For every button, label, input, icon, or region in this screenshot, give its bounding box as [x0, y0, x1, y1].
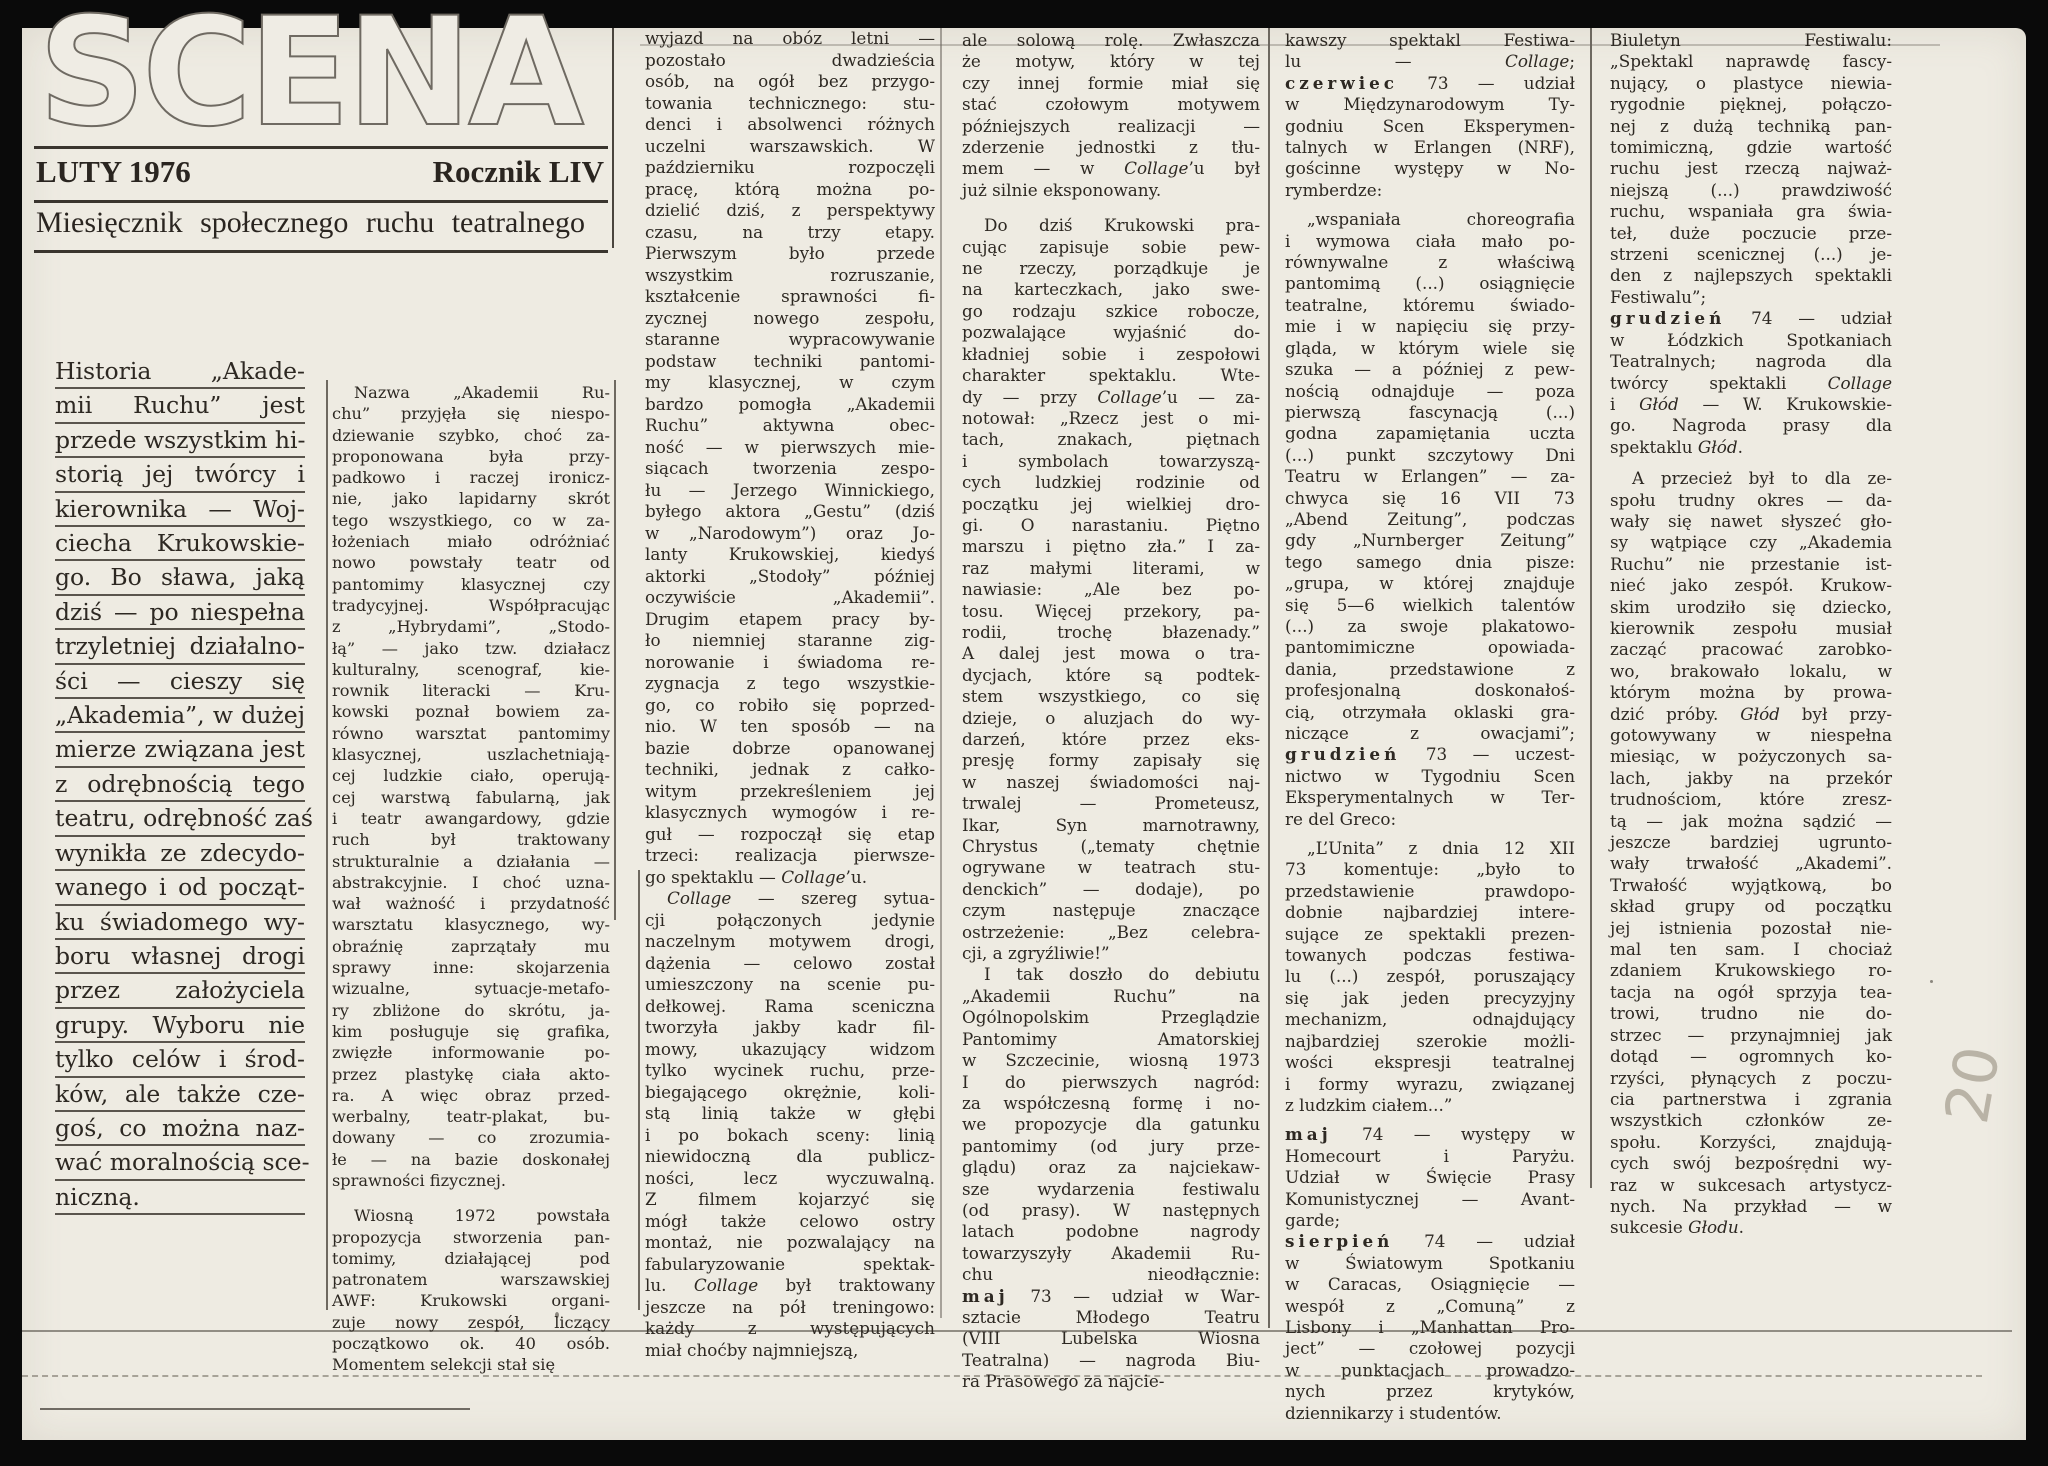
text-line: w Szczecinie, wiosną 1973 [962, 1050, 1260, 1071]
text-line: Drugim etapem pracy by- [645, 609, 935, 631]
text-line: trudnościom, które zresz- [1610, 789, 1892, 810]
text-line: towania technicznego: stu- [645, 93, 935, 115]
text-line: nawiasie: „Ale bez po- [962, 579, 1260, 600]
text-line: łu — Jerzego Winnickiego, [645, 480, 935, 502]
text-line: gdy „Nurnberger Zeitung” [1285, 530, 1575, 551]
text-line: strzeni scenicznej (...) je- [1610, 244, 1892, 265]
text-line: sy wątpiące czy „Akademia [1610, 532, 1892, 553]
text-line: Biuletyn Festiwalu: [1610, 30, 1892, 51]
text-line: mem — w Collage’u był [962, 158, 1260, 179]
text-line: zwięzłe informowanie po- [332, 1042, 610, 1063]
text-line: go. Bo sława, jaką [55, 561, 305, 595]
text-line: norowanie i świadoma re- [645, 652, 935, 674]
text-line: społu. Korzyści, znajdują- [1610, 1132, 1892, 1153]
text-line: „Spektakl naprawdę fascy- [1610, 51, 1892, 72]
text-line: się 5—6 wielkich talentów [1285, 595, 1575, 616]
text-line: niczną. [55, 1181, 305, 1215]
masthead-subtitle: Miesięcznik społecznego ruchu teatralneg… [36, 206, 585, 240]
text-line: (...) za swoje plakatowo- [1285, 616, 1575, 637]
text-line: propozycja stworzenia pan- [332, 1227, 610, 1248]
text-line: obraźnię zaprzątały mu [332, 936, 610, 957]
text-line: lanty Krukowskiej, kiedyś [645, 544, 935, 566]
text-line: tacja na ogół sprzyja tea- [1610, 982, 1892, 1003]
text-line: charakter spektaklu. Wte- [962, 365, 1260, 386]
text-line: I tak doszło do debiutu [962, 964, 1260, 985]
text-line: pozostało dwadzieścia [645, 50, 935, 72]
text-line: maj 73 — udział w War- [962, 1286, 1260, 1307]
text-line: „Akademia”, w dużej [55, 699, 305, 733]
text-line: Ruchu” nie przestanie ist- [1610, 554, 1892, 575]
text-line: sujące ze spektakli prezen- [1285, 924, 1575, 945]
text-line: przez założyciela [55, 974, 305, 1008]
text-line: dy — przy Collage’u — za- [962, 387, 1260, 408]
text-line: towarzyszyły Akademii Ru- [962, 1243, 1260, 1264]
text-line: tego wszystkiego, co w za- [332, 510, 610, 531]
text-line: podstaw techniki pantomi- [645, 351, 935, 373]
article-column-3: wyjazd na obóz letni —pozostało dwadzieś… [645, 28, 935, 1361]
text-line: ruch był traktowany [332, 829, 610, 850]
lead-column: Historia „Akade-mii Ruchu” jestprzede ws… [55, 355, 305, 1215]
text-line: Do dziś Krukowski pra- [962, 215, 1260, 236]
article-column-6: Biuletyn Festiwalu:„Spektakl naprawdę fa… [1610, 30, 1892, 1239]
text-line: ne rzeczy, porządkuje je [962, 258, 1260, 279]
text-line: mowy, ukazujący widzom [645, 1039, 935, 1061]
text-line: fabularyzowanie spektak- [645, 1254, 935, 1276]
text-line: dzielić dziś, z perspektywy [645, 200, 935, 222]
text-line: w Caracas, Osiągnięcie — [1285, 1274, 1575, 1295]
text-line: dzić próby. Głód był przy- [1610, 704, 1892, 725]
text-line: mierze związana jest [55, 733, 305, 767]
text-line: go. Nagroda prasy dla [1610, 415, 1892, 436]
text-line: rzyści, płynących z poczu- [1610, 1068, 1892, 1089]
text-line: ści — cieszy się [55, 665, 305, 699]
column-rule [940, 28, 942, 1318]
column-rule [326, 380, 328, 1310]
text-line: „Akademii Ruchu” na [962, 986, 1260, 1007]
text-line: werbalny, teatr-plakat, bu- [332, 1106, 610, 1127]
text-line: strzec — przynajmniej jak [1610, 1025, 1892, 1046]
text-line: późniejszych realizacji — [962, 116, 1260, 137]
text-line: już silnie eksponowany. [962, 180, 1260, 201]
text-line: bardzo pomogła „Akademii [645, 394, 935, 416]
text-line: kierownik zespołu musiał [1610, 618, 1892, 639]
text-line: na karteczkach, jako swe- [962, 279, 1260, 300]
text-line: denci i absolwenci różnych [645, 114, 935, 136]
article-column-2: Nazwa „Akademii Ru-chu” przyjęła się nie… [332, 382, 610, 1376]
text-line: go, co robiło się poprzed- [645, 695, 935, 717]
text-line: ciecha Krukowskie- [55, 527, 305, 561]
text-line: techniki, jednak z całko- [645, 759, 935, 781]
text-line: jeszcze bardziej ugrunto- [1610, 832, 1892, 853]
text-line: miesiąc, w pożyczonych sa- [1610, 746, 1892, 767]
text-line: abstrakcyjnie. I choć uzna- [332, 872, 610, 893]
text-line: skim urodziło się dziecko, [1610, 597, 1892, 618]
text-line: stem wszystkiego, co się [962, 686, 1260, 707]
text-line: re del Greco: [1285, 809, 1575, 830]
text-line: profesjonalną doskonałoś- [1285, 680, 1575, 701]
text-line: za współczesną formę i no- [962, 1093, 1260, 1114]
text-line: nujący, o plastyce niewia- [1610, 73, 1892, 94]
text-line: rodii, trochę błazenady.” [962, 622, 1260, 643]
text-line: trowi, trudno nie do- [1610, 1003, 1892, 1024]
text-line: mechanizm, odnajdujący [1285, 1009, 1575, 1030]
text-line: w Światowym Spotkaniu [1285, 1253, 1575, 1274]
text-line: sze wydarzenia festiwalu [962, 1179, 1260, 1200]
text-line: dzieje, o aluzjach do wy- [962, 708, 1260, 729]
text-line: dania, przedstawione z [1285, 659, 1575, 680]
text-line: jej istnienia pozostał nie- [1610, 918, 1892, 939]
text-line: den z najlepszych spektakli [1610, 265, 1892, 286]
text-line: witym przekreśleniem jej [645, 781, 935, 803]
text-line: cji połączonych jedynie [645, 910, 935, 932]
text-line: czym następuje znaczące [962, 900, 1260, 921]
text-line: spektaklu Głód. [1610, 437, 1892, 458]
text-line: jeszcze na pół treningowo: [645, 1297, 935, 1319]
text-line: talnych w Erlangen (NRF), [1285, 137, 1575, 158]
text-line: wały trwałość „Akademi”. [1610, 853, 1892, 874]
text-line: każdy z występujących [645, 1318, 935, 1340]
text-line: którym można by prowa- [1610, 682, 1892, 703]
text-line: lu. Collage był traktowany [645, 1275, 935, 1297]
text-line: początku jej wielkiej dro- [962, 494, 1260, 515]
text-line: i Głód — W. Krukowskie- [1610, 394, 1892, 415]
text-line: stą linią także w głębi [645, 1103, 935, 1125]
text-line: grudzień 74 — udział [1610, 308, 1892, 329]
text-line: ruchu jest rzeczą najważ- [1610, 158, 1892, 179]
text-line: pierwszą fascynacją (...) [1285, 402, 1575, 423]
clipping-edge [40, 1408, 470, 1410]
text-line: Udział w Święcie Prasy [1285, 1167, 1575, 1188]
text-line: mii Ruchu” jest [55, 389, 305, 423]
text-line: oczywiście „Akademii”. [645, 587, 935, 609]
pencil-annotation: 20 [1932, 1041, 2014, 1128]
text-line: biegającego okrężnie, koli- [645, 1082, 935, 1104]
text-line: „L’Unita” z dnia 12 XII [1285, 838, 1575, 859]
text-line: nych. Na przykład — w [1610, 1196, 1892, 1217]
text-line: Pierwszym było przede [645, 243, 935, 265]
text-line: i teatr awangardowy, gdzie [332, 808, 610, 829]
text-line: zacząć pracować zarobko- [1610, 639, 1892, 660]
text-line: nowo powstały teatr od [332, 552, 610, 573]
text-line: Momentem selekcji stał się [332, 1354, 610, 1375]
text-line: towanych podczas festiwa- [1285, 945, 1575, 966]
text-line: godniu Scen Eksperymen- [1285, 116, 1575, 137]
text-line: wyjazd na obóz letni — [645, 28, 935, 50]
text-line: przedstawienie prawdopo- [1285, 881, 1575, 902]
divider [34, 250, 608, 253]
text-line: wszystkich członków ze- [1610, 1110, 1892, 1131]
text-line: we propozycje dla gatunku [962, 1114, 1260, 1135]
text-line: kowski poznał bowiem za- [332, 701, 610, 722]
issue-date: LUTY 1976 [36, 154, 191, 190]
text-line: (...) punkt szczytowy Dni [1285, 445, 1575, 466]
text-line: wać moralnością sce- [55, 1146, 305, 1180]
text-line: dziś — po niespełna [55, 596, 305, 630]
text-line: „grupa, w której znajduje [1285, 573, 1575, 594]
text-line: AWF: Krukowski organi- [332, 1290, 610, 1311]
text-line: ale solową rolę. Zwłaszcza [962, 30, 1260, 51]
text-line: dziewanie szybko, choć za- [332, 425, 610, 446]
text-line: społu trudny okres — da- [1610, 490, 1892, 511]
text-line: tomimy, działającej pod [332, 1248, 610, 1269]
text-line: cej ludzkie ciało, operują- [332, 765, 610, 786]
text-line: storią jej twórcy i [55, 458, 305, 492]
text-line: notował: „Rzecz jest o mi- [962, 408, 1260, 429]
text-line: czasu, na trzy etapy. [645, 222, 935, 244]
text-line: boru własnej drogi [55, 940, 305, 974]
text-line: latach podobne nagrody [962, 1221, 1260, 1242]
text-line: dowany — co zrozumia- [332, 1127, 610, 1148]
text-line: niejszą (...) prawdziwość [1610, 180, 1892, 201]
text-line: wynikła ze zdecydo- [55, 837, 305, 871]
text-line: w naszej świadomości naj- [962, 772, 1260, 793]
text-line: aktorki „Stodoły” później [645, 566, 935, 588]
text-line: (VIII Lubelska Wiosna [962, 1328, 1260, 1349]
text-line: wszystkim rozruszanie, [645, 265, 935, 287]
text-line: dążenia — celowo został [645, 953, 935, 975]
text-line: cych swój bezpośredni wy- [1610, 1153, 1892, 1174]
text-line: z odrębnością tego [55, 768, 305, 802]
text-line: w punktacjach prowadzo- [1285, 1360, 1575, 1381]
text-line: teł, duże poczucie prze- [1610, 223, 1892, 244]
text-line: stać czołowym motywem [962, 94, 1260, 115]
column-rule [614, 380, 616, 920]
text-line: my klasycznej, w czym [645, 372, 935, 394]
text-line: Wiosną 1972 powstała [332, 1205, 610, 1226]
text-line: sukcesie Głodu. [1610, 1217, 1892, 1238]
text-line: godna zapamiętania uczta [1285, 423, 1575, 444]
text-line: i po bokach sceny: linią [645, 1125, 935, 1147]
text-line: Chrystus („tematy chętnie [962, 836, 1260, 857]
text-line: tworzyła jakby kadr fil- [645, 1017, 935, 1039]
text-line: rownik literacki — Kru- [332, 680, 610, 701]
text-line: ject” — czołowej pozycji [1285, 1338, 1575, 1359]
text-line: najbardziej szerokie możli- [1285, 1031, 1575, 1052]
text-line: trwalej — Prometeusz, [962, 793, 1260, 814]
text-line: październiku rozpoczęli [645, 157, 935, 179]
text-line: ku świadomego wy- [55, 906, 305, 940]
text-line: sierpień 74 — udział [1285, 1231, 1575, 1252]
text-line: dycjach, które są podtek- [962, 665, 1260, 686]
text-line: Teatralna) — nagroda Biu- [962, 1350, 1260, 1371]
text-line: zuje nowy zespół, liczący [332, 1312, 610, 1333]
text-line: równywalne z właściwą [1285, 252, 1575, 273]
text-line: patronatem warszawskiej [332, 1269, 610, 1290]
text-line: umieszczony na scenie pu- [645, 974, 935, 996]
text-line: Eksperymentalnych w Ter- [1285, 787, 1575, 808]
text-line: grudzień 73 — uczest- [1285, 744, 1575, 765]
text-line: szuka — a później z pew- [1285, 359, 1575, 380]
text-line: cej warstwą fabularną, jak [332, 787, 610, 808]
text-line: warsztatu klasycznego, wy- [332, 914, 610, 935]
text-line: miał choćby najmniejszą, [645, 1340, 935, 1362]
text-line: równo warsztat pantomimy [332, 723, 610, 744]
text-line: cia partnerstwa i zgrania [1610, 1089, 1892, 1110]
text-line: gościnne występy w No- [1285, 158, 1575, 179]
text-line: początkowo ok. 40 osób. [332, 1333, 610, 1354]
text-line: tylko wycinek ruchu, prze- [645, 1060, 935, 1082]
text-line: teatralne, któremu świado- [1285, 295, 1575, 316]
text-line: rymberdze: [1285, 180, 1575, 201]
text-line: proponowana była przy- [332, 446, 610, 467]
text-line: sztacie Młodego Teatru [962, 1307, 1260, 1328]
text-line: strukturalnie a działania — [332, 851, 610, 872]
text-line: sprawy inne: skojarzenia [332, 957, 610, 978]
text-line: go spektaklu — Collage’u. [645, 867, 935, 889]
text-line: chwyca się 16 VII 73 [1285, 488, 1575, 509]
text-line: pracę, którą można po- [645, 179, 935, 201]
text-line: kulturalny, scenograf, kie- [332, 659, 610, 680]
text-line: lu — Collage; [1285, 51, 1575, 72]
text-line: ostrzeżenie: „Bez celebra- [962, 922, 1260, 943]
text-line: Teatralnych; nagroda dla [1610, 351, 1892, 372]
text-line: ra. A więc obraz przed- [332, 1085, 610, 1106]
text-line: pantomimy (od jury prze- [962, 1136, 1260, 1157]
text-line: teatru, odrębność zaś [55, 802, 305, 836]
text-line: i wymowa ciała mało po- [1285, 231, 1575, 252]
text-line: darzeń, które przez eks- [962, 729, 1260, 750]
article-column-5: kawszy spektakl Festiwa-lu — Collage;cze… [1285, 30, 1575, 1424]
text-line: klasycznych wymogów i re- [645, 802, 935, 824]
text-line: ności, lecz wyczuwalną. [645, 1168, 935, 1190]
text-line: goś, co można naz- [55, 1112, 305, 1146]
text-line: lu (...) zespół, poruszający [1285, 966, 1575, 987]
column-rule [1268, 28, 1270, 1328]
text-line: „wspaniała choreografia [1285, 209, 1575, 230]
text-line: czerwiec 73 — udział [1285, 73, 1575, 94]
text-line: ność — w pierwszych mie- [645, 437, 935, 459]
text-line: wespół z „Comuną” z [1285, 1296, 1575, 1317]
article-column-4: ale solową rolę. Zwłaszczaże motyw, któr… [962, 30, 1260, 1393]
text-line: mógł także celowo ostry [645, 1211, 935, 1233]
text-line: Komunistycznej — Avant- [1285, 1189, 1575, 1210]
text-line: naczelnym motywem drogi, [645, 931, 935, 953]
divider [34, 146, 608, 149]
text-line: Nazwa „Akademii Ru- [332, 382, 610, 403]
text-line: gotowywany w niespełna [1610, 725, 1892, 746]
text-line: sprawności fizycznej. [332, 1170, 610, 1191]
text-line: uczelni warszawskich. W [645, 136, 935, 158]
text-line: Lisbony i „Manhattan Pro- [1285, 1317, 1575, 1338]
text-line: klasycznej, uszlachetniają- [332, 744, 610, 765]
text-line: „Abend Zeitung”, podczas [1285, 509, 1575, 530]
text-line: cią, otrzymała oklaski gra- [1285, 702, 1575, 723]
text-line: wości ekspresji teatralnej [1285, 1052, 1575, 1073]
text-line: wo, brakowało lokalu, w [1610, 661, 1892, 682]
text-line: grupy. Wyboru nie [55, 1009, 305, 1043]
text-line: nie, jako lapidarny skrót [332, 488, 610, 509]
divider [612, 28, 614, 248]
text-line: dotąd — ogromnych ko- [1610, 1046, 1892, 1067]
text-line: osób, na ogół bez przygo- [645, 71, 935, 93]
text-line: mie i w napięciu się przy- [1285, 316, 1575, 337]
text-line: cując zapisuje sobie pew- [962, 237, 1260, 258]
text-line: przede wszystkim hi- [55, 424, 305, 458]
text-line: presję formy zapisały się [962, 750, 1260, 771]
text-line: wały się nawet słyszeć gło- [1610, 511, 1892, 532]
text-line: pantomimiczne opowiada- [1285, 637, 1575, 658]
text-line: A przecież był to dla ze- [1610, 468, 1892, 489]
text-line: w Łódzkich Spotkaniach [1610, 330, 1892, 351]
text-line: łożeniach miało odróżniać [332, 531, 610, 552]
text-line: cych ludzkiej rodzinie od [962, 472, 1260, 493]
masthead-logo: SCENA [38, 0, 580, 148]
text-line: ry zbliżone do skrótu, ja- [332, 1000, 610, 1021]
text-line: zycznej nowego zespołu, [645, 308, 935, 330]
text-line: przez plastykę ciała akto- [332, 1064, 610, 1085]
text-line: padkowo i raczej ironicz- [332, 467, 610, 488]
text-line: Collage — szereg sytua- [645, 888, 935, 910]
text-line: staranne wypracowywanie [645, 329, 935, 351]
column-rule [1590, 28, 1592, 1188]
text-line: 73 komentuje: „było to [1285, 859, 1575, 880]
text-line: dobnie najbardziej intere- [1285, 902, 1575, 923]
text-line: denckich” — dodaje), po [962, 879, 1260, 900]
text-line: kawszy spektakl Festiwa- [1285, 30, 1575, 51]
masthead: SCENA LUTY 1976 Rocznik LIV Miesięcznik … [28, 28, 608, 248]
text-line: skład grupy od początku [1610, 896, 1892, 917]
volume-number: Rocznik LIV [433, 154, 604, 190]
text-line: zdaniem Krukowskiego ro- [1610, 960, 1892, 981]
text-line: cji, a zgryźliwie!” [962, 943, 1260, 964]
text-line: guł — rozpoczął się etap [645, 824, 935, 846]
text-line: lach, jakby na przekór [1610, 768, 1892, 789]
text-line: i symbolach towarzyszą- [962, 451, 1260, 472]
text-line: tomimiczną, gdzie wartość [1610, 137, 1892, 158]
text-line: byłego aktora „Gestu” (dziś [645, 501, 935, 523]
text-line: A dalej jest mowa o tra- [962, 643, 1260, 664]
text-line: pozwalające wyjaśnić do- [962, 322, 1260, 343]
text-line: I do pierwszych nagród: [962, 1072, 1260, 1093]
text-line: nych przez krytyków, [1285, 1381, 1575, 1402]
text-line: łe — na bazie doskonałej [332, 1149, 610, 1170]
text-line: Pantomimy Amatorskiej [962, 1029, 1260, 1050]
text-line: Z filmem kojarzyć się [645, 1189, 935, 1211]
text-line: Ogólnopolskim Przeglądzie [962, 1007, 1260, 1028]
text-line: raz w sukcesach artystycz- [1610, 1175, 1892, 1196]
text-line: maj 74 — występy w [1285, 1124, 1575, 1145]
text-line: (od prasy). W następnych [962, 1200, 1260, 1221]
text-line: kierownika — Woj- [55, 493, 305, 527]
text-line: wał ważność i przydatność [332, 893, 610, 914]
text-line: zygnacja z tego wszystkie- [645, 673, 935, 695]
text-line: pantomimy klasycznej czy [332, 574, 610, 595]
text-line: tą — jak można sądzić — [1610, 811, 1892, 832]
text-line: tosu. Więcej przekory, pa- [962, 601, 1260, 622]
column-rule [638, 870, 640, 1310]
text-line: go rodzaju szkice robocze, [962, 301, 1260, 322]
text-line: wizualne, sytuacje-metafo- [332, 978, 610, 999]
text-line: z „Hybrydami”, „Stodo- [332, 616, 610, 637]
text-line: zderzenie jednostki z tłu- [962, 137, 1260, 158]
text-line: dziennikarzy i studentów. [1285, 1403, 1575, 1424]
text-line: Trwałość wyjątkową, bo [1610, 875, 1892, 896]
text-line: kim posługuje się grafika, [332, 1021, 610, 1042]
text-line: mal ten sam. I chociaż [1610, 939, 1892, 960]
text-line: ogrywane w teatrach stu- [962, 857, 1260, 878]
text-line: trzyletniej działalno- [55, 630, 305, 664]
text-line: garde; [1285, 1210, 1575, 1231]
text-line: gi. O narastaniu. Piętno [962, 515, 1260, 536]
text-line: się jak jeden precyzyjny [1285, 988, 1575, 1009]
text-line: niczące z owacjami”; [1285, 723, 1575, 744]
text-line: trzeci: realizacja pierwsze- [645, 845, 935, 867]
text-line: chu nieodłącznie: [962, 1264, 1260, 1285]
text-line: Festiwalu”; [1610, 287, 1892, 308]
text-line: twórcy spektakli Collage [1610, 373, 1892, 394]
text-line: ra Prasowego za najcie- [962, 1371, 1260, 1392]
text-line: niewidoczną dla publicz- [645, 1146, 935, 1168]
